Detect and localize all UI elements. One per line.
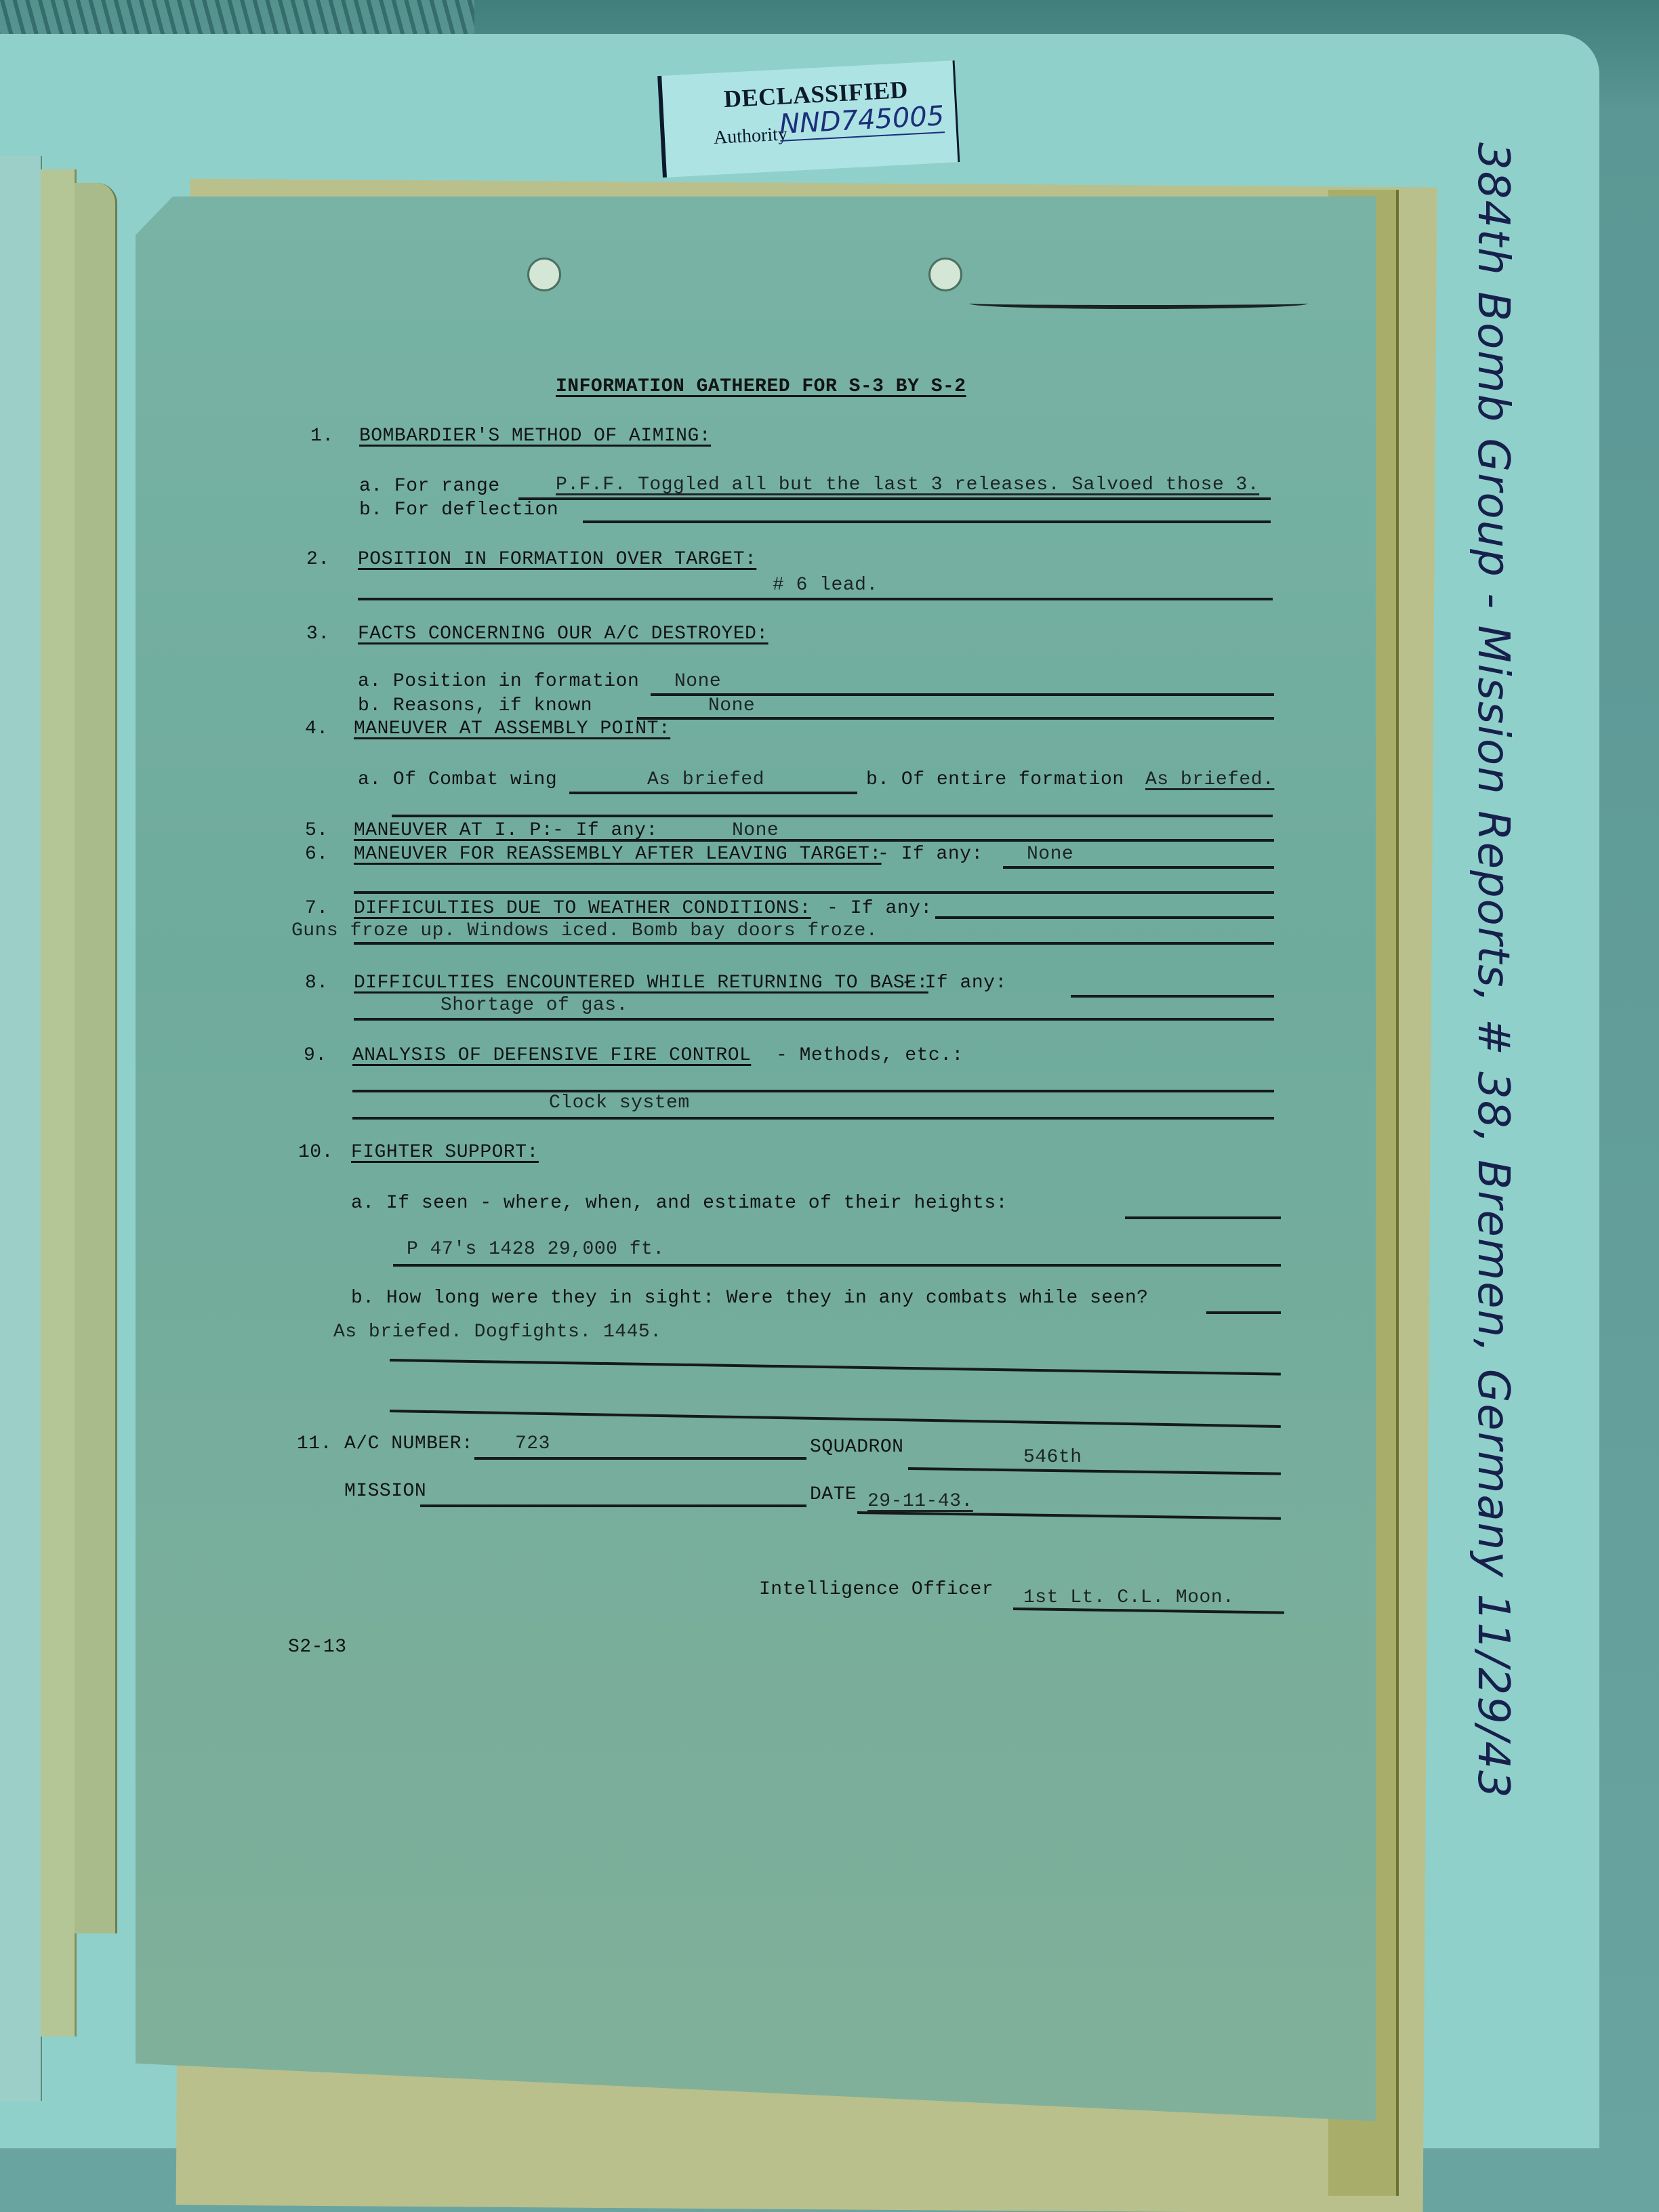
section-7-suffix: - If any: [827, 898, 933, 919]
field-date-label: DATE [810, 1484, 857, 1505]
section-1-heading: BOMBARDIER'S METHOD OF AIMING: [359, 426, 711, 447]
field-ac-number-label: A/C NUMBER: [344, 1433, 473, 1454]
field-fighters-seen-value: P 47's 1428 29,000 ft. [407, 1239, 665, 1260]
section-2-heading: POSITION IN FORMATION OVER TARGET: [358, 549, 756, 570]
section-5-suffix: - If any: [552, 820, 658, 841]
section-3-number: 3. [306, 623, 330, 644]
field-ac-number-value: 723 [515, 1433, 550, 1454]
adjacent-document-stack [0, 156, 122, 2101]
section-2-number: 2. [306, 549, 330, 570]
field-fighters-seen-label: a. If seen - where, when, and estimate o… [351, 1193, 1008, 1214]
field-mission-label: MISSION [344, 1481, 426, 1502]
section-1-number: 1. [310, 426, 334, 447]
field-combat-wing-value: As briefed [647, 769, 764, 790]
field-range-label: a. For range [359, 476, 500, 497]
field-mission-blank [420, 1504, 806, 1507]
field-ip-value: None [732, 820, 779, 841]
field-weather-value: Guns froze up. Windows iced. Bomb bay do… [291, 920, 878, 941]
field-reasons-value: None [708, 695, 755, 716]
section-5-number: 5. [305, 820, 329, 841]
section-10-number: 10. [298, 1142, 333, 1163]
section-7-number: 7. [305, 898, 329, 919]
punch-hole [527, 258, 561, 291]
section-8-heading: DIFFICULTIES ENCOUNTERED WHILE RETURNING… [354, 972, 928, 994]
field-deflection-label: b. For deflection [359, 499, 558, 520]
form-page: INFORMATION GATHERED FOR S-3 BY S-2 1. B… [136, 197, 1376, 2121]
field-range-value: P.F.F. Toggled all but the last 3 releas… [556, 474, 1259, 495]
field-entire-formation-label: b. Of entire formation [866, 769, 1124, 790]
handwritten-folder-label: 384th Bomb Group - Mission Reports, # 38… [1457, 142, 1518, 1633]
field-fire-control-value: Clock system [549, 1092, 690, 1113]
stamp-authority-label: Authority [713, 123, 787, 149]
section-9-number: 9. [304, 1045, 327, 1066]
field-ac-position-label: a. Position in formation [358, 671, 639, 692]
field-return-value: Shortage of gas. [441, 995, 628, 1016]
section-4-heading: MANEUVER AT ASSEMBLY POINT: [354, 718, 670, 739]
section-11-number: 11. [297, 1433, 332, 1454]
section-6-number: 6. [305, 844, 329, 865]
form-code: S2-13 [288, 1637, 347, 1658]
field-squadron-value: 546th [1023, 1447, 1082, 1468]
field-position-value: # 6 lead. [773, 575, 878, 596]
field-date-value: 29-11-43. [867, 1491, 973, 1512]
section-4-number: 4. [305, 718, 329, 739]
form-title: INFORMATION GATHERED FOR S-3 BY S-2 [556, 376, 966, 397]
field-fighters-sight-label: b. How long were they in sight: Were the… [351, 1288, 1149, 1309]
section-6-heading: MANEUVER FOR REASSEMBLY AFTER LEAVING TA… [354, 844, 882, 865]
section-3-heading: FACTS CONCERNING OUR A/C DESTROYED: [358, 623, 769, 644]
section-8-suffix: - If any: [901, 972, 1007, 994]
pen-mark [969, 298, 1308, 309]
declassified-stamp: DECLASSIFIED Authority NND745005 [657, 60, 960, 178]
signature-value: 1st Lt. C.L. Moon. [1023, 1587, 1234, 1608]
field-squadron-label: SQUADRON [810, 1437, 903, 1458]
section-9-suffix: - Methods, etc.: [776, 1045, 964, 1066]
field-reasons-label: b. Reasons, if known [358, 695, 592, 716]
signature-label: Intelligence Officer [759, 1579, 994, 1600]
field-ac-position-value: None [674, 671, 721, 692]
field-entire-formation-value: As briefed. [1145, 769, 1274, 790]
section-7-heading: DIFFICULTIES DUE TO WEATHER CONDITIONS: [354, 898, 811, 919]
punch-hole [928, 258, 962, 291]
field-reassembly-value: None [1027, 844, 1073, 865]
section-8-number: 8. [305, 972, 329, 994]
field-fighters-sight-value: As briefed. Dogfights. 1445. [333, 1322, 661, 1343]
section-9-heading: ANALYSIS OF DEFENSIVE FIRE CONTROL [352, 1045, 751, 1066]
section-6-suffix: - If any: [878, 844, 983, 865]
field-deflection-blank [583, 520, 1271, 523]
field-combat-wing-label: a. Of Combat wing [358, 769, 557, 790]
section-5-heading: MANEUVER AT I. P: [354, 820, 553, 841]
section-10-heading: FIGHTER SUPPORT: [351, 1142, 539, 1163]
